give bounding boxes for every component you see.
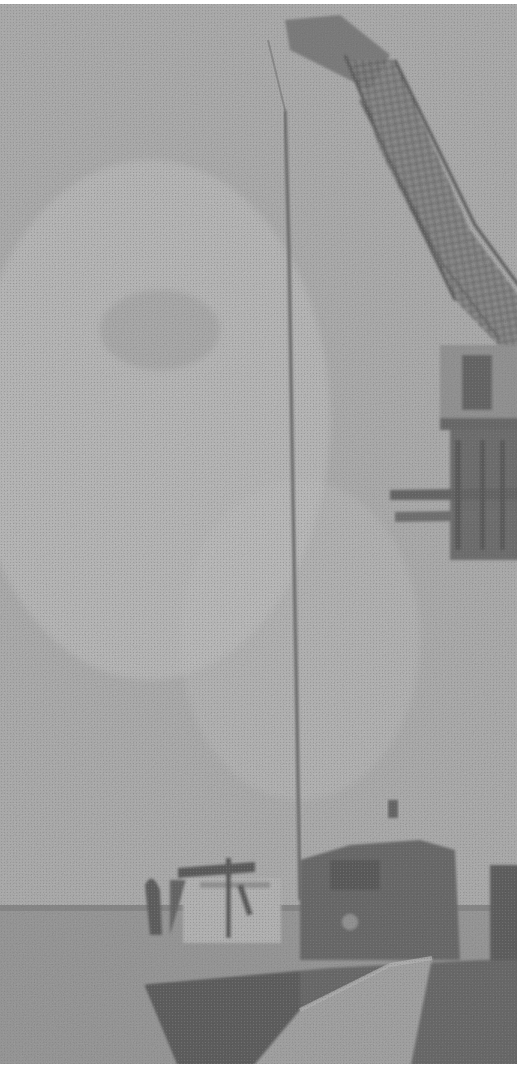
halftone-photo: [0, 0, 522, 1070]
